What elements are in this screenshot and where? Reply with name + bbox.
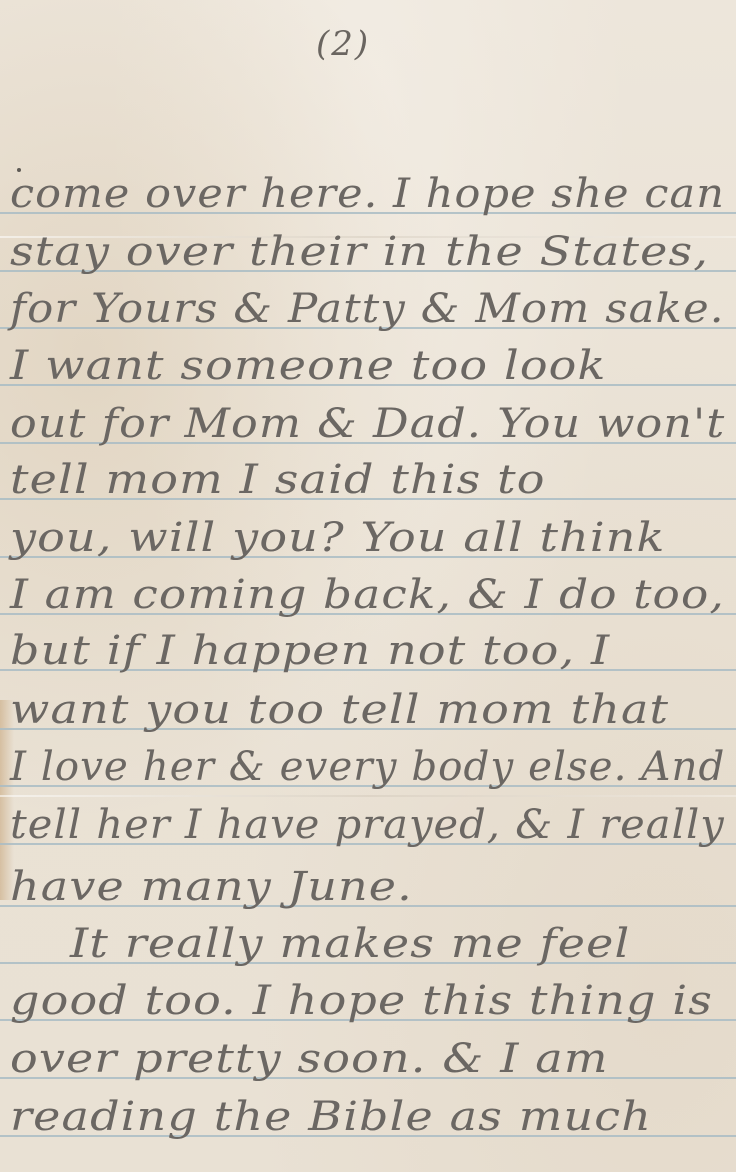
letter-line: good too. I hope this thing is: [10, 981, 713, 1021]
letter-line: I want someone too look: [10, 346, 607, 386]
page-number: (2): [316, 24, 370, 64]
letter-line: want you too tell mom that: [10, 690, 669, 730]
letter-line: out for Mom & Dad. You won't: [10, 404, 725, 444]
letter-line: tell her I have prayed, & I really: [10, 805, 725, 845]
letter-line: It really makes me feel: [70, 924, 630, 964]
letter-line: I love her & every body else. And: [10, 747, 725, 787]
letter-line: stay over their in the States,: [10, 232, 709, 272]
letter-line: you, will you? You all think: [10, 518, 666, 558]
letter-page: (2) come over here. I hope she can stay …: [0, 0, 736, 1172]
letter-line: tell mom I said this to: [10, 460, 546, 500]
letter-line: but if I happen not too, I: [10, 631, 610, 671]
paper-fold: [0, 795, 736, 797]
letter-line: reading the Bible as much: [10, 1097, 652, 1137]
letter-line: come over here. I hope she can: [10, 174, 725, 214]
letter-line: for Yours & Patty & Mom sake.: [10, 289, 725, 329]
letter-line: have many June.: [10, 867, 413, 907]
letter-line: I am coming back, & I do too,: [10, 575, 725, 615]
letter-line: over pretty soon. & I am: [10, 1039, 609, 1079]
